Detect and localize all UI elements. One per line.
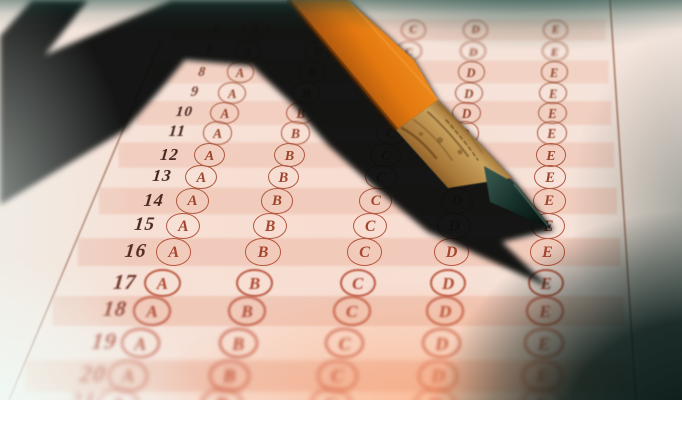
photo-area: 6ABCDE7ABCDE8ABCDE9ABCDE10ABCDE11ABCDE12…	[0, 0, 682, 400]
scanned-answer-sheet-photo: 6ABCDE7ABCDE8ABCDE9ABCDE10ABCDE11ABCDE12…	[0, 0, 682, 422]
bottom-white-strip	[0, 400, 682, 422]
paper	[0, 0, 682, 400]
